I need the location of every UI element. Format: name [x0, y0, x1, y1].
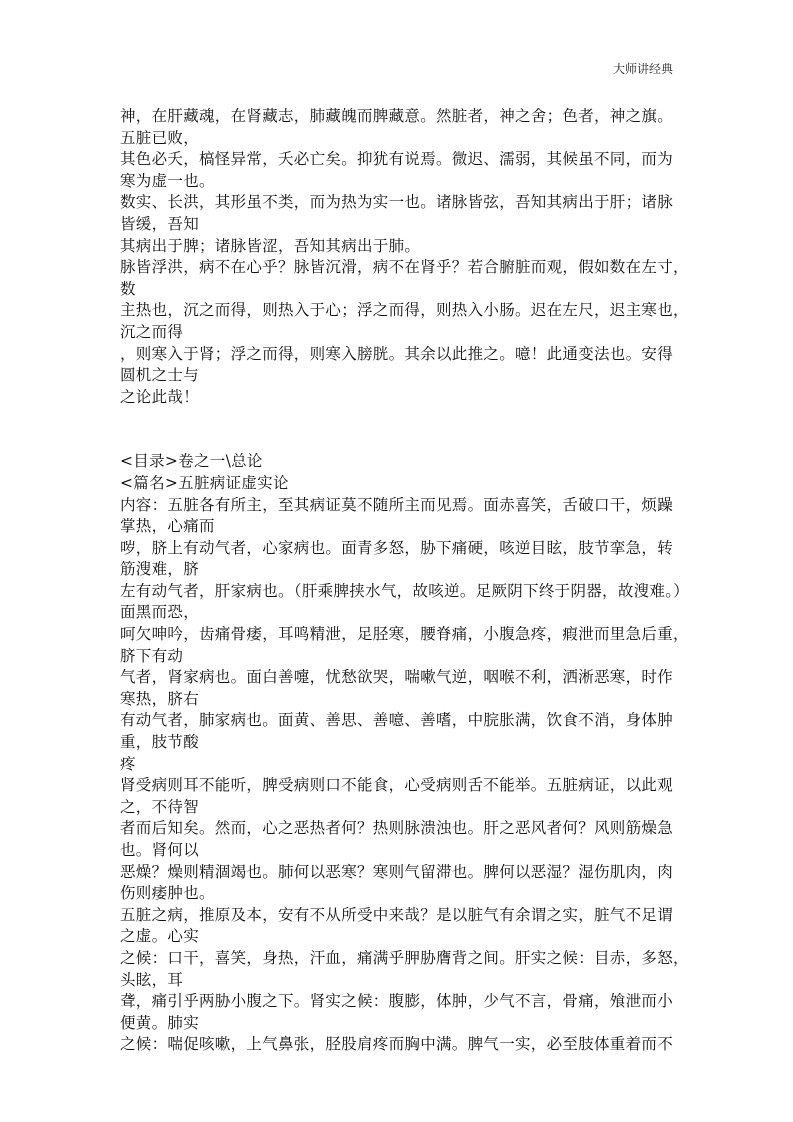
- text-line: 圆机之士与: [120, 365, 680, 387]
- text-line: 筋溲难，脐: [120, 559, 680, 581]
- page-header-title: 大师讲经典: [613, 60, 673, 77]
- text-line: 数实、长洪，其形虽不类，而为热为实一也。诸脉皆弦，吾知其病出于肝；诸脉: [120, 192, 680, 214]
- section-spacer: [120, 408, 680, 451]
- text-line: 沉之而得: [120, 322, 680, 344]
- section-wuzang-bingzheng: <目录>卷之一\总论 <篇名>五脏病证虚实论 内容：五脏各有所主，至其病证莫不随…: [120, 451, 680, 1056]
- text-line: 之候：口干，喜笑，身热，汗血，痛满乎胛胁膺背之间。肝实之候：目赤，多怒，: [120, 948, 680, 970]
- text-line: 便黄。肺实: [120, 1013, 680, 1035]
- text-line: 之虚。心实: [120, 926, 680, 948]
- text-line: 五脏已败，: [120, 128, 680, 150]
- text-line: 重，肢节酸: [120, 732, 680, 754]
- chapter-title: <篇名>五脏病证虚实论: [120, 473, 680, 495]
- text-line: 呵欠呻吟，齿痛骨痿，耳鸣精泄，足胫寒，腰脊痛，小腹急疼，瘕泄而里急后重，: [120, 624, 680, 646]
- text-line: 五脏之病，推原及本，安有不从所受中来哉？是以脏气有余谓之实，脏气不足谓: [120, 905, 680, 927]
- text-line: 恶燥？燥则精涸竭也。肺何以恶寒？寒则气留滞也。脾何以恶湿？湿伤肌肉，肉: [120, 862, 680, 884]
- text-line: 数: [120, 279, 680, 301]
- text-line: 之候：喘促咳嗽，上气鼻张，胫股肩疼而胸中满。脾气一实，必至肢体重着而不: [120, 1034, 680, 1056]
- text-line: 寒热，脐右: [120, 689, 680, 711]
- text-line: 脐下有动: [120, 646, 680, 668]
- text-line: 掌热，心痛而: [120, 516, 680, 538]
- text-line: 疼: [120, 754, 680, 776]
- text-line: 脉皆浮洪，病不在心乎？脉皆沉滑，病不在肾乎？若合腑脏而观，假如数在左寸，: [120, 257, 680, 279]
- text-line: 者而后知矣。然而，心之恶热者何？热则脉溃浊也。肝之恶风者何？风则筋燥急: [120, 818, 680, 840]
- text-line: 哕，脐上有动气者，心家病也。面青多怒，胁下痛硬，咳逆目眩，肢节挛急，转: [120, 538, 680, 560]
- text-line: 寒为虚一也。: [120, 171, 680, 193]
- text-line: 之论此哉！: [120, 387, 680, 409]
- text-line: 之，不待智: [120, 797, 680, 819]
- text-line: 头眩，耳: [120, 970, 680, 992]
- document-body: 神，在肝藏魂，在肾藏志，肺藏魄而脾藏意。然脏者，神之舍；色者，神之旗。 五脏已败…: [120, 106, 680, 1056]
- text-line: 面黑而恐，: [120, 602, 680, 624]
- text-line: 主热也，沉之而得，则热入于心；浮之而得，则热入小肠。迟在左尺，迟主寒也，: [120, 300, 680, 322]
- text-line: ，则寒入于肾；浮之而得，则寒入膀胱。其余以此推之。噫！此通变法也。安得: [120, 344, 680, 366]
- text-line: 肾受病则耳不能听，脾受病则口不能食，心受病则舌不能举。五脏病证，以此观: [120, 775, 680, 797]
- text-line: 有动气者，肺家病也。面黄、善思、善噫、善嗜，中脘胀满，饮食不消，身体肿: [120, 710, 680, 732]
- text-line: 左有动气者，肝家病也。（肝乘脾挟水气，故咳逆。足厥阴下终于阴器，故溲难。）: [120, 581, 680, 603]
- text-line: 也。肾何以: [120, 840, 680, 862]
- text-line: 皆缓，吾知: [120, 214, 680, 236]
- catalog-heading: <目录>卷之一\总论: [120, 451, 680, 473]
- section-previous-text: 神，在肝藏魂，在肾藏志，肺藏魄而脾藏意。然脏者，神之舍；色者，神之旗。 五脏已败…: [120, 106, 680, 408]
- text-line: 气者，肾家病也。面白善嚏，忧愁欲哭，喘嗽气逆，咽喉不利，洒淅恶寒，时作: [120, 667, 680, 689]
- text-line: 神，在肝藏魂，在肾藏志，肺藏魄而脾藏意。然脏者，神之舍；色者，神之旗。: [120, 106, 680, 128]
- text-line: 其色必夭，槁怪异常，夭必亡矣。抑犹有说焉。微迟、濡弱，其候虽不同，而为: [120, 149, 680, 171]
- text-line: 伤则痿肿也。: [120, 883, 680, 905]
- text-line: 内容：五脏各有所主，至其病证莫不随所主而见焉。面赤喜笑，舌破口干，烦躁: [120, 495, 680, 517]
- text-line: 聋，痛引乎两胁小腹之下。肾实之候：腹膨，体肿，少气不言，骨痛，飧泄而小: [120, 991, 680, 1013]
- text-line: 其病出于脾；诸脉皆涩，吾知其病出于肺。: [120, 236, 680, 258]
